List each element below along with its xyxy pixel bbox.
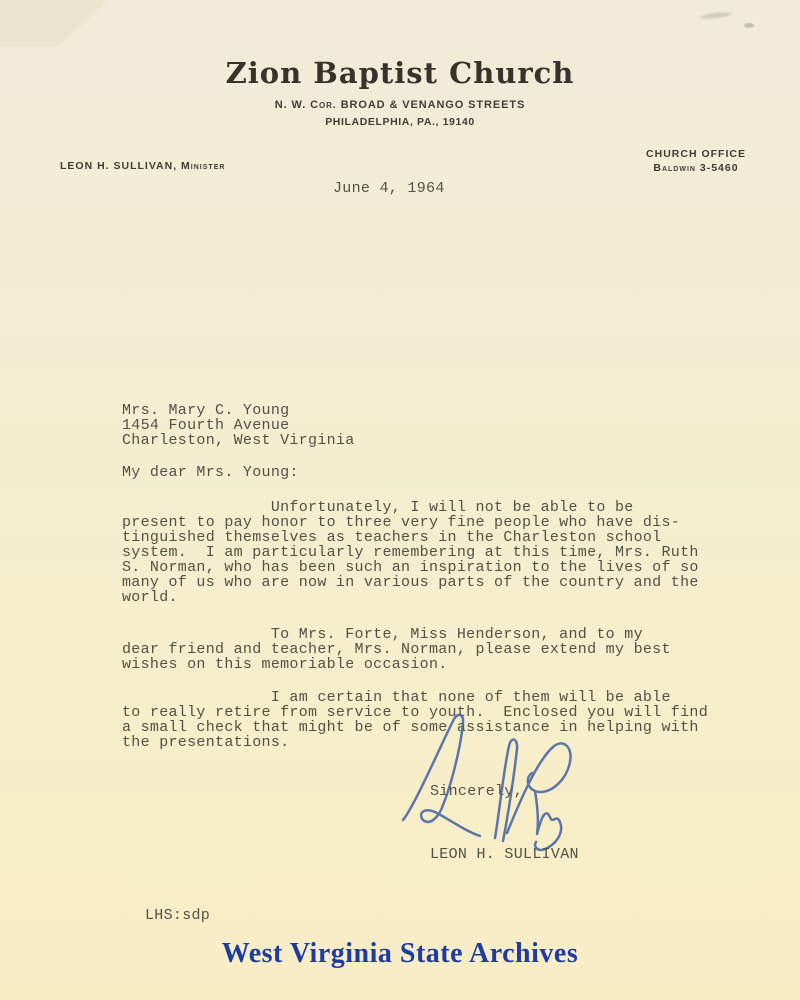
church-name: Zion Baptist Church — [0, 56, 800, 90]
typist-initials: LHS:sdp — [145, 908, 210, 923]
church-street-address: N. W. Cor. BROAD & VENANGO STREETS — [0, 99, 800, 111]
minister-name: LEON H. SULLIVAN, Minister — [60, 160, 225, 172]
signature-typed-name: LEON H. SULLIVAN — [430, 847, 579, 862]
church-office-contact: CHURCH OFFICE Baldwin 3-5460 — [620, 147, 772, 175]
closing-line: Sincerely, — [430, 784, 523, 799]
church-city-address: PHILADELPHIA, PA., 19140 — [0, 116, 800, 128]
date-line: June 4, 1964 — [333, 181, 445, 196]
scanned-letter: Zion Baptist Church N. W. Cor. BROAD & V… — [0, 0, 800, 1000]
body-paragraph-3: I am certain that none of them will be a… — [122, 690, 708, 750]
salutation: My dear Mrs. Young: — [122, 465, 299, 480]
recipient-address: Mrs. Mary C. Young 1454 Fourth Avenue Ch… — [122, 403, 355, 448]
pencil-smudge-dot — [744, 23, 754, 28]
scan-corner-artifact — [0, 0, 108, 46]
church-office-label: CHURCH OFFICE — [620, 147, 772, 161]
body-paragraph-2: To Mrs. Forte, Miss Henderson, and to my… — [122, 627, 671, 672]
body-paragraph-1: Unfortunately, I will not be able to be … — [122, 500, 699, 605]
church-office-phone: Baldwin 3-5460 — [620, 161, 772, 175]
archive-stamp: West Virginia State Archives — [0, 938, 800, 970]
pencil-smudge — [700, 11, 732, 20]
